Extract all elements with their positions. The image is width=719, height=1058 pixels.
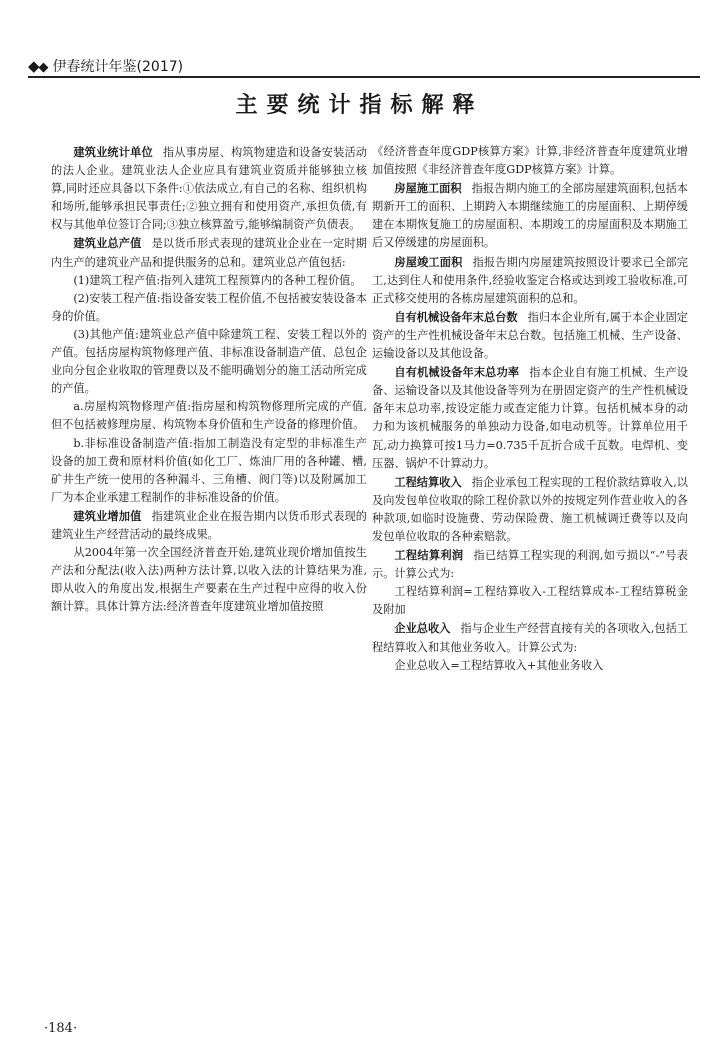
paragraph: 建筑业增加值指建筑业企业在报告期内以货币形式表现的建筑业生产经营活动的最终成果。 <box>51 507 367 544</box>
paragraph-text: 指本企业自有施工机械、生产设备、运输设备以及其他设备等列为在册固定资产的生产性机… <box>372 366 688 469</box>
paragraph: 企业总收入指与企业生产经营直接有关的各项收入,包括工程结算收入和其他业务收入。计… <box>372 619 688 656</box>
paragraph: 从2004年第一次全国经济普查开始,建筑业现价增加值按生产法和分配法(收入法)两… <box>51 544 367 616</box>
paragraph: 《经济普查年度GDP核算方案》计算,非经济普查年度建筑业增加值按照《非经济普查年… <box>372 143 688 179</box>
paragraph-text: (1)建筑工程产值:指列入建筑工程预算内的各种工程价值。 <box>73 274 361 287</box>
paragraph: 自有机械设备年末总功率指本企业自有施工机械、生产设备、运输设备以及其他设备等列为… <box>372 363 688 473</box>
paragraph-text: a.房屋构筑物修理产值:指房屋和构筑物修理所完成的产值,但不包括被修理房屋、构筑… <box>51 400 367 431</box>
formula-text: 工程结算利润=工程结算收入-工程结算成本-工程结算税金及附加 <box>372 585 688 616</box>
book-title: 伊春统计年鉴(2017) <box>53 60 184 74</box>
paragraph: 工程结算利润指已结算工程实现的利润,如亏损以“-”号表示。计算公式为: <box>372 546 688 583</box>
term-heading: 企业总收入 <box>394 621 450 635</box>
paragraph: 房屋施工面积指报告期内施工的全部房屋建筑面积,包括本期新开工的面积、上期跨入本期… <box>372 179 688 252</box>
paragraph: 工程结算收入指企业承包工程实现的工程价款结算收入,以及向发包单位收取的除工程价款… <box>372 473 688 546</box>
right-column: 《经济普查年度GDP核算方案》计算,非经济普查年度建筑业增加值按照《非经济普查年… <box>372 143 688 675</box>
term-heading: 自有机械设备年末总功率 <box>394 365 519 379</box>
paragraph: a.房屋构筑物修理产值:指房屋和构筑物修理所完成的产值,但不包括被修理房屋、构筑… <box>51 398 367 434</box>
term-heading: 建筑业增加值 <box>73 509 141 523</box>
term-heading: 房屋竣工面积 <box>394 255 462 269</box>
paragraph-text: 从2004年第一次全国经济普查开始,建筑业现价增加值按生产法和分配法(收入法)两… <box>51 546 367 613</box>
term-heading: 建筑业统计单位 <box>73 145 152 159</box>
paragraph-text: (2)安装工程产值:指设备安装工程价值,不包括被安装设备本身的价值。 <box>51 292 367 323</box>
paragraph: b.非标准设备制造产值:指加工制造没有定型的非标准生产设备的加工费和原材料价值(… <box>51 435 367 507</box>
paragraph: 房屋竣工面积指报告期内房屋建筑按照设计要求已全部完工,达到住人和使用条件,经验收… <box>372 253 688 308</box>
term-heading: 工程结算利润 <box>394 548 463 562</box>
paragraph: 建筑业统计单位指从事房屋、构筑物建造和设备安装活动的法人企业。建筑业法人企业应具… <box>51 143 367 234</box>
page-number: ·184· <box>44 1021 77 1036</box>
term-heading: 自有机械设备年末总台数 <box>394 310 517 324</box>
formula-text: 企业总收入=工程结算收入+其他业务收入 <box>394 659 603 672</box>
page-title: 主要统计指标解释 <box>0 88 719 119</box>
paragraph: (1)建筑工程产值:指列入建筑工程预算内的各种工程价值。 <box>51 272 367 290</box>
double-diamond-icon: ◆◆ <box>28 59 48 74</box>
running-header: ◆◆ 伊春统计年鉴(2017) <box>28 52 700 78</box>
paragraph: (3)其他产值:建筑业总产值中除建筑工程、安装工程以外的产值。包括房屋构筑物修理… <box>51 326 367 398</box>
paragraph-text: b.非标准设备制造产值:指加工制造没有定型的非标准生产设备的加工费和原材料价值(… <box>51 437 367 504</box>
paragraph: (2)安装工程产值:指设备安装工程价值,不包括被安装设备本身的价值。 <box>51 290 367 326</box>
formula: 工程结算利润=工程结算收入-工程结算成本-工程结算税金及附加 <box>372 583 688 619</box>
paragraph-text: (3)其他产值:建筑业总产值中除建筑工程、安装工程以外的产值。包括房屋构筑物修理… <box>51 328 367 395</box>
paragraph: 建筑业总产值是以货币形式表现的建筑业企业在一定时期内生产的建筑业产品和提供服务的… <box>51 234 367 271</box>
term-heading: 房屋施工面积 <box>394 181 461 195</box>
term-heading: 建筑业总产值 <box>73 236 141 250</box>
paragraph-text: 《经济普查年度GDP核算方案》计算,非经济普查年度建筑业增加值按照《非经济普查年… <box>372 145 688 176</box>
left-column: 建筑业统计单位指从事房屋、构筑物建造和设备安装活动的法人企业。建筑业法人企业应具… <box>51 143 367 616</box>
paragraph: 自有机械设备年末总台数指归本企业所有,属于本企业固定资产的生产性机械设备年末总台… <box>372 308 688 363</box>
term-heading: 工程结算收入 <box>394 475 461 489</box>
formula: 企业总收入=工程结算收入+其他业务收入 <box>372 657 688 675</box>
